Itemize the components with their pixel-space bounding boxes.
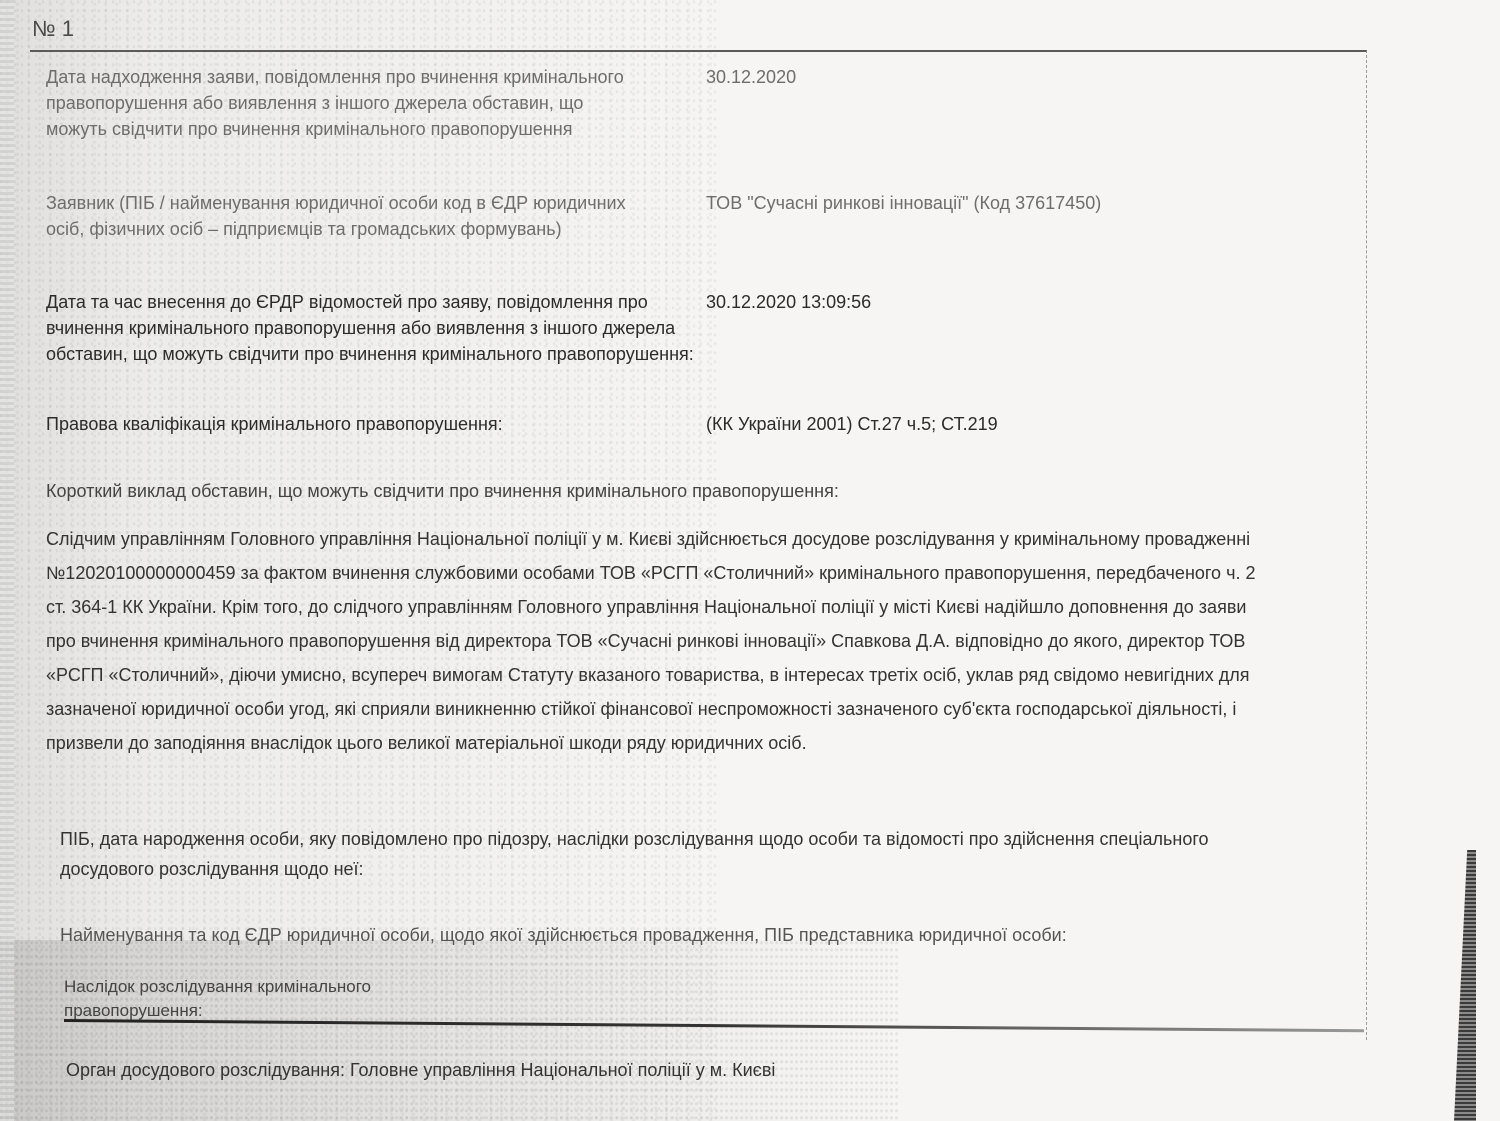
scan-right-edge-shadow [1454, 850, 1476, 1121]
section-divider [64, 1019, 1364, 1032]
field-label: Дата та час внесення до ЄРДР відомостей … [46, 289, 696, 367]
scan-left-edge [0, 0, 14, 1121]
circumstances-text: Слідчим управлінням Головного управління… [46, 522, 1276, 760]
field-label: Правова кваліфікація кримінального право… [46, 411, 696, 437]
field-value: (КК України 2001) Ст.27 ч.5; СТ.219 [706, 411, 998, 437]
document-number: № 1 [32, 16, 74, 42]
suspect-section: ПІБ, дата народження особи, яку повідомл… [46, 824, 1270, 884]
investigation-body: Орган досудового розслідування: Головне … [66, 1060, 775, 1081]
field-label: Дата надходження заяви, повідомлення про… [46, 64, 646, 142]
field-value: 30.12.2020 [706, 64, 796, 90]
scan-noise-bottom [0, 940, 900, 1121]
result-section: Наслідок розслідування кримінального пра… [64, 975, 444, 1023]
field-label: Заявник (ПІБ / найменування юридичної ос… [46, 190, 656, 242]
investigation-body-label: Орган досудового розслідування: [66, 1060, 345, 1080]
legal-entity-section: Найменування та код ЄДР юридичної особи,… [46, 925, 1067, 946]
circumstances-title: Короткий виклад обставин, що можуть свід… [46, 481, 839, 502]
field-value: 30.12.2020 13:09:56 [706, 289, 871, 315]
investigation-body-value: Головне управління Національної поліції … [350, 1060, 775, 1080]
field-value: ТОВ "Сучасні ринкові інновації" (Код 376… [706, 190, 1101, 216]
